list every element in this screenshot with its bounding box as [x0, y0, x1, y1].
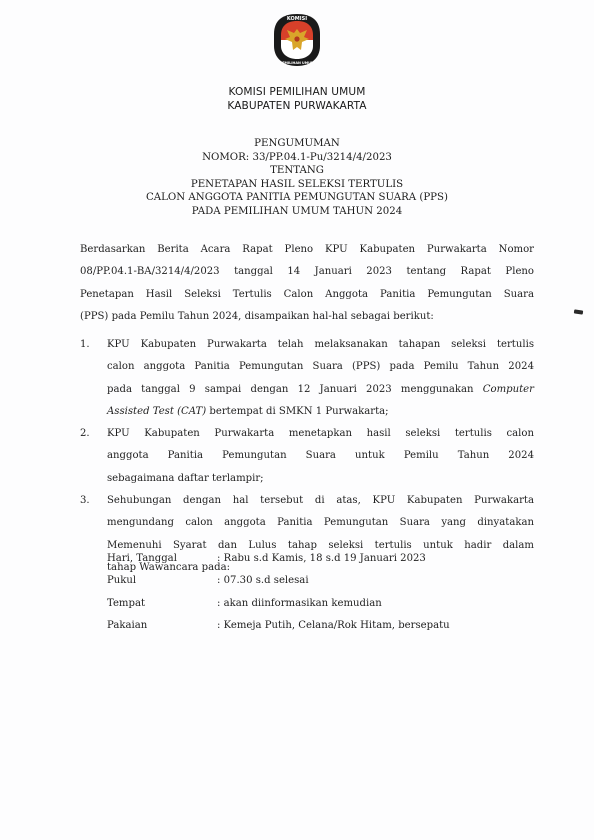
announcement-title: PENGUMUMAN NOMOR: 33/PP.04.1-Pu/3214/4/2… — [0, 137, 594, 219]
announcement-number: NOMOR: 33/PP.04.1-Pu/3214/4/2023 — [0, 151, 594, 165]
title-subject-2: CALON ANGGOTA PANITIA PEMUNGUTAN SUARA (… — [0, 191, 594, 205]
list-item-line: mengundang calon anggota Panitia Pemungu… — [107, 512, 534, 534]
list-item-number: 1. — [80, 334, 90, 356]
detail-row-place: Tempat : akan diinformasikan kemudian — [107, 593, 450, 615]
detail-label: Pakaian — [107, 615, 217, 637]
intro-line: Penetapan Hasil Seleksi Tertulis Calon A… — [80, 284, 534, 306]
title-heading: PENGUMUMAN — [0, 137, 594, 151]
detail-value: : akan diinformasikan kemudian — [217, 593, 382, 615]
interview-details: Hari, Tanggal : Rabu s.d Kamis, 18 s.d 1… — [107, 548, 450, 637]
detail-value: : 07.30 s.d selesai — [217, 570, 309, 592]
svg-text:KOMISI: KOMISI — [287, 16, 307, 22]
title-about: TENTANG — [0, 164, 594, 178]
title-subject-1: PENETAPAN HASIL SELEKSI TERTULIS — [0, 178, 594, 192]
list-item-line: pada tanggal 9 sampai dengan 12 Januari … — [107, 379, 534, 401]
organization-name: KOMISI PEMILIHAN UMUM — [0, 86, 594, 98]
svg-text:PEMILIHAN UMUM: PEMILIHAN UMUM — [280, 61, 315, 65]
detail-label: Tempat — [107, 593, 217, 615]
detail-label: Hari, Tanggal — [107, 548, 217, 570]
numbered-list: 1. KPU Kabupaten Purwakarta telah melaks… — [80, 334, 534, 579]
list-item-line: anggota Panitia Pemungutan Suara untuk P… — [107, 445, 534, 467]
list-item-line: calon anggota Panitia Pemungutan Suara (… — [107, 356, 534, 378]
title-subject-3: PADA PEMILIHAN UMUM TAHUN 2024 — [0, 205, 594, 219]
organization-region: KABUPATEN PURWAKARTA — [0, 100, 594, 112]
kpu-garuda-emblem-icon: KOMISI PEMILIHAN UMUM — [271, 12, 323, 68]
detail-row-date: Hari, Tanggal : Rabu s.d Kamis, 18 s.d 1… — [107, 548, 450, 570]
detail-label: Pukul — [107, 570, 217, 592]
detail-value: : Rabu s.d Kamis, 18 s.d 19 Januari 2023 — [217, 548, 426, 570]
list-item-line: Sehubungan dengan hal tersebut di atas, … — [107, 490, 534, 512]
list-item-line: Assisted Test (CAT) bertempat di SMKN 1 … — [107, 401, 534, 423]
list-item-line: KPU Kabupaten Purwakarta menetapkan hasi… — [107, 423, 534, 445]
list-item-line: sebagaimana daftar terlampir; — [107, 468, 534, 490]
scan-mark — [574, 309, 583, 314]
list-item-line: KPU Kabupaten Purwakarta telah melaksana… — [107, 334, 534, 356]
list-item: 2. KPU Kabupaten Purwakarta menetapkan h… — [80, 423, 534, 490]
intro-line: 08/PP.04.1-BA/3214/4/2023 tanggal 14 Jan… — [80, 261, 534, 283]
detail-row-time: Pukul : 07.30 s.d selesai — [107, 570, 450, 592]
list-item: 1. KPU Kabupaten Purwakarta telah melaks… — [80, 334, 534, 423]
intro-line: Berdasarkan Berita Acara Rapat Pleno KPU… — [80, 239, 534, 261]
document-page: KOMISI PEMILIHAN UMUM KOMISI PEMILIHAN U… — [0, 0, 594, 840]
list-item-number: 2. — [80, 423, 90, 445]
detail-value: : Kemeja Putih, Celana/Rok Hitam, bersep… — [217, 615, 450, 637]
list-item-number: 3. — [80, 490, 90, 512]
intro-paragraph: Berdasarkan Berita Acara Rapat Pleno KPU… — [80, 239, 534, 328]
intro-line: (PPS) pada Pemilu Tahun 2024, disampaika… — [80, 306, 534, 328]
detail-row-attire: Pakaian : Kemeja Putih, Celana/Rok Hitam… — [107, 615, 450, 637]
